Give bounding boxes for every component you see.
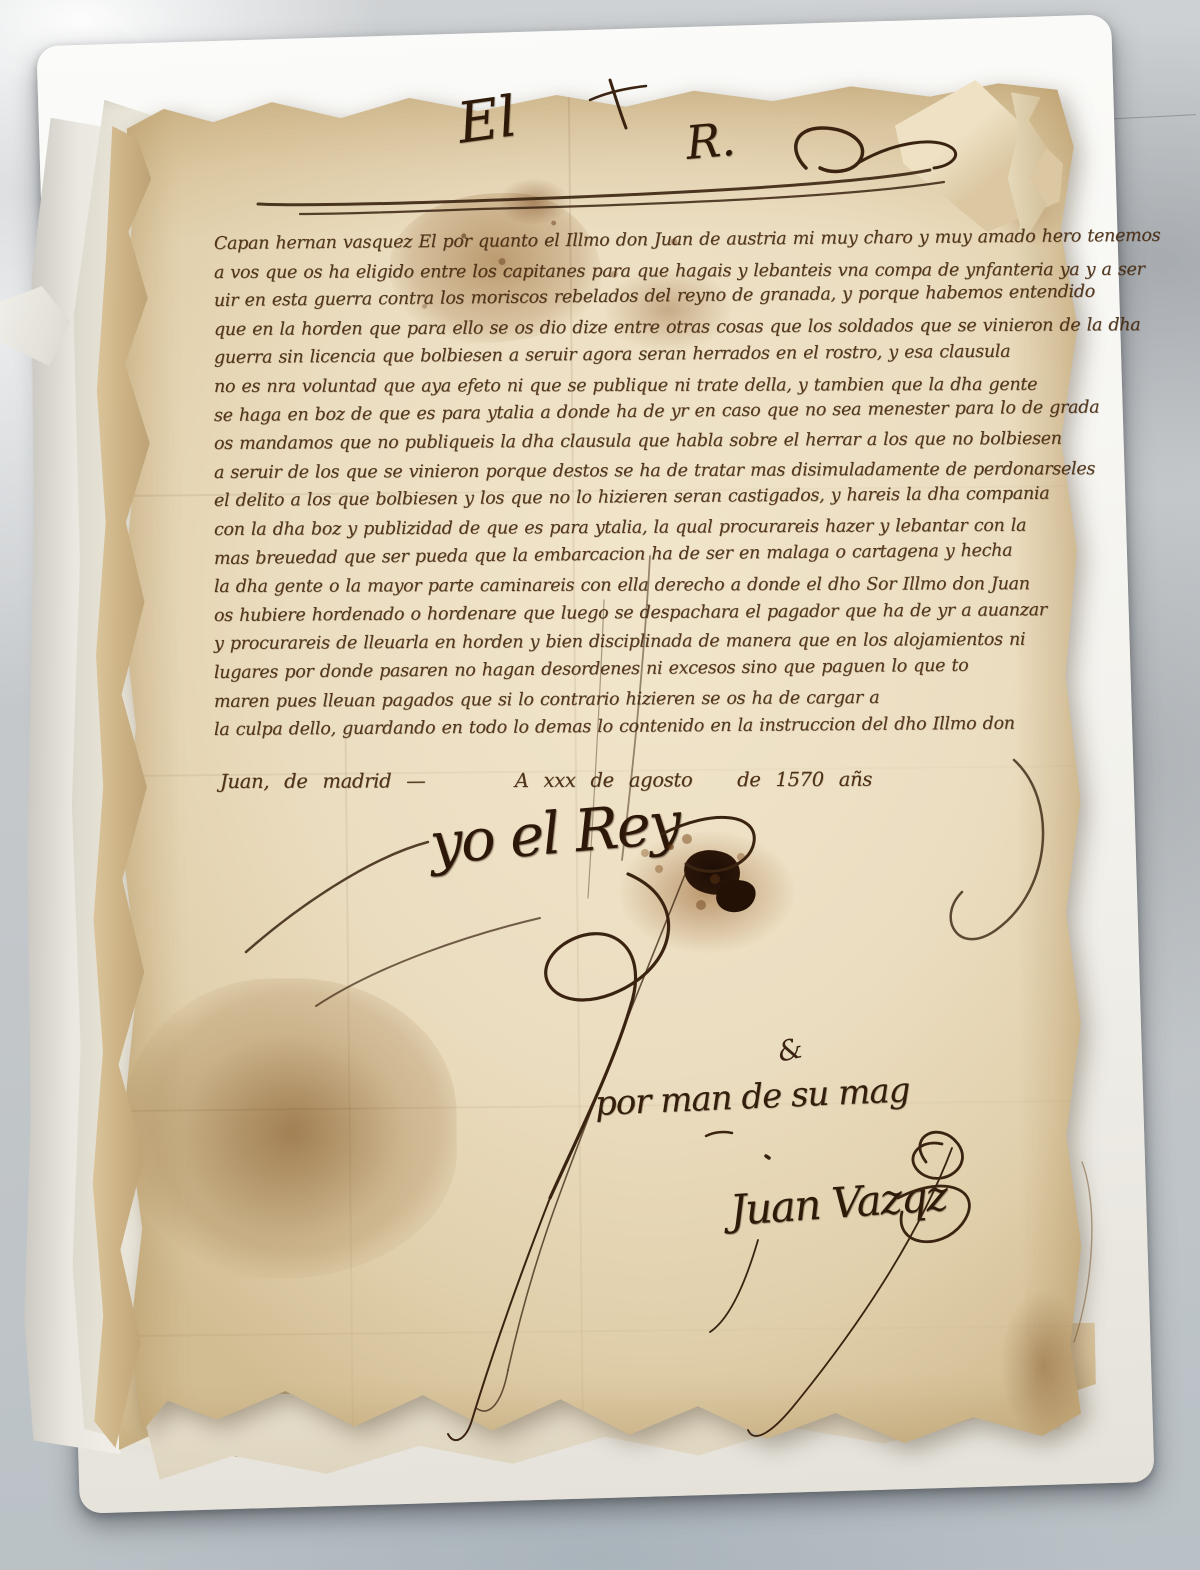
secretary-signature-juan-vazquez: Juan Vazqz <box>728 1171 948 1235</box>
manuscript-line-13: la dha gente o la mayor parte caminareis… <box>214 574 1030 597</box>
manuscript-line-1: Capan hernan vasquez El por quanto el Il… <box>214 226 1161 254</box>
registry-mark-el: El <box>453 84 520 157</box>
manuscript-line-17: maren pues lleuan pagados que si lo cont… <box>214 688 880 712</box>
manuscript-line-10: el delito a los que bolbiesen y los que … <box>214 484 1050 511</box>
manuscript-line-2: a vos que os ha eligido entre los capita… <box>214 259 1145 282</box>
manuscript-line-19: Juan, de madrid — A xxx de agosto de 157… <box>220 768 872 793</box>
manuscript-line-5: guerra sin licencia que bolbiesen a seru… <box>214 342 1010 368</box>
manuscript-line-3: uir en esta guerra contra los moriscos r… <box>214 282 1095 311</box>
manuscript-line-11: con la dha boz y publizidad de que es pa… <box>214 516 1026 540</box>
manuscript-line-12: mas breuedad que ser pueda que la embarc… <box>214 540 1012 568</box>
secretary-attestation-line: por man de su mag <box>594 1070 910 1124</box>
photo-scene: Capan hernan vasquez El por quanto el Il… <box>0 0 1200 1570</box>
registry-mark-r: R. <box>684 112 738 170</box>
manuscript-line-4: que en la horden que para ello se os dio… <box>214 315 1140 340</box>
manuscript-line-7: se haga en boz de que es para ytalia a d… <box>214 397 1099 425</box>
ink-spatter <box>668 844 674 850</box>
manuscript-line-15: y procurareis de lleuarla en horden y bi… <box>214 630 1025 654</box>
manuscript-line-16: lugares por donde pasaren no hagan desor… <box>214 656 969 683</box>
manuscript-line-9: a seruir de los que se vinieron porque d… <box>214 459 1095 483</box>
manuscript-line-18: la culpa dello, guardando en todo lo dem… <box>214 714 1015 740</box>
manuscript-line-14: os hubiere hordenado o hordenare que lue… <box>214 600 1047 626</box>
handwriting-layer: Capan hernan vasquez El por quanto el Il… <box>0 0 1200 1570</box>
abbreviation-flourish-mark: & <box>775 1031 806 1068</box>
manuscript-line-8: os mandamos que no publiqueis la dha cla… <box>214 429 1062 454</box>
manuscript-line-6: no es nra voluntad que aya efeto ni que … <box>214 375 1037 397</box>
